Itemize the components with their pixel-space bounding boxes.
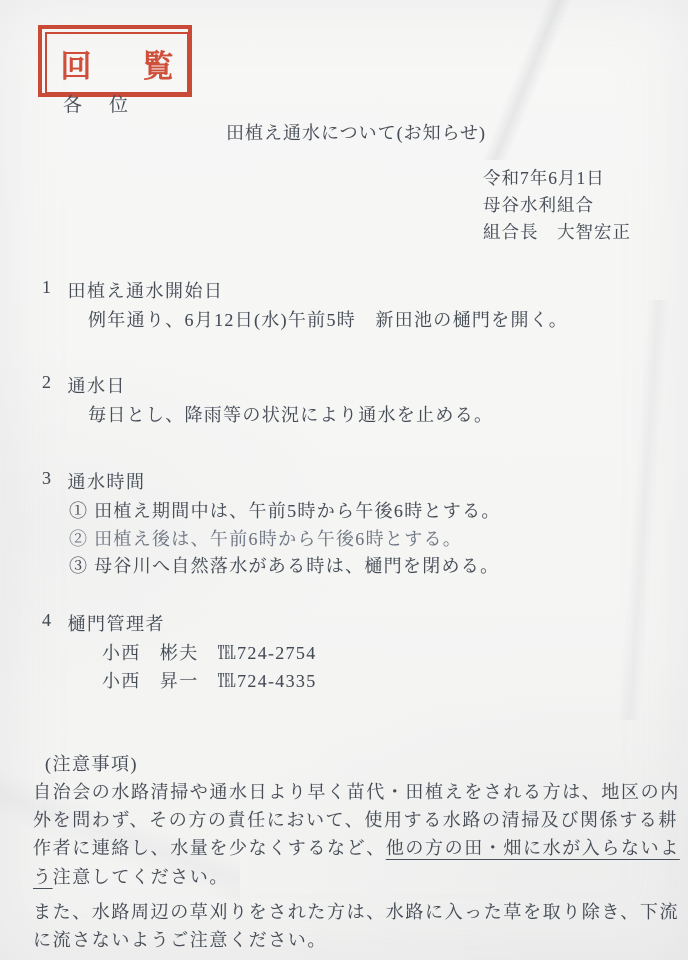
issue-date: 令和7年6月1日 bbox=[483, 165, 631, 192]
section-1-heading: 1 田植え通水開始日 bbox=[42, 277, 568, 303]
section-3-title: 通水時間 bbox=[68, 468, 146, 494]
section-4-title: 樋門管理者 bbox=[68, 610, 166, 636]
issuer-organization: 母谷水利組合 bbox=[483, 192, 631, 219]
recipient-line: 各 位 bbox=[63, 90, 132, 117]
section-2-line: 毎日とし、降雨等の状況により通水を止める。 bbox=[88, 402, 493, 430]
section-3-item-1: ① 田植え期間中は、午前5時から午後6時とする。 bbox=[69, 498, 501, 526]
section-water-hours: 3 通水時間 ① 田植え期間中は、午前5時から午後6時とする。 ② 田植え後は、… bbox=[42, 468, 501, 581]
section-gate-managers: 4 樋門管理者 小西 彬夫 ℡724-2754 小西 昇一 ℡724-4335 bbox=[42, 610, 317, 695]
section-4-number: 4 bbox=[42, 610, 53, 636]
section-3-item-2: ② 田植え後は、午前6時から午後6時とする。 bbox=[69, 526, 501, 554]
section-1-title: 田植え通水開始日 bbox=[68, 277, 224, 303]
scanned-notice-page: 回 覧 各 位 田植え通水について(お知らせ) 令和7年6月1日 母谷水利組合 … bbox=[0, 0, 688, 960]
section-2-heading: 2 通水日 bbox=[42, 372, 493, 398]
document-title: 田植え通水について(お知らせ) bbox=[0, 119, 688, 145]
notes-paragraph-1: 自治会の水路清掃や通水日より早く苗代・田植えをされる方は、地区の内外を問わず、そ… bbox=[33, 778, 685, 891]
gate-manager-contact-1: 小西 彬夫 ℡724-2754 bbox=[102, 640, 317, 668]
issuer-chief: 組合長 大智宏正 bbox=[483, 219, 631, 246]
kairan-circulation-stamp: 回 覧 bbox=[38, 25, 192, 97]
section-water-days: 2 通水日 毎日とし、降雨等の状況により通水を止める。 bbox=[42, 372, 493, 430]
notes-heading: (注意事項) bbox=[45, 750, 138, 776]
notes-paragraph-1-closing: 注意してください。 bbox=[53, 867, 229, 887]
section-1-number: 1 bbox=[42, 277, 53, 303]
gate-manager-contact-2: 小西 昇一 ℡724-4335 bbox=[102, 668, 317, 696]
section-start-date: 1 田植え通水開始日 例年通り、6月12日(水)午前5時 新田池の樋門を開く。 bbox=[42, 277, 568, 335]
paper-crease bbox=[600, 300, 688, 720]
section-4-heading: 4 樋門管理者 bbox=[42, 610, 317, 636]
notes-paragraph-2: また、水路周辺の草刈りをされた方は、水路に入った草を取り除き、下流に流さないよう… bbox=[33, 898, 685, 954]
section-2-title: 通水日 bbox=[68, 372, 127, 398]
section-3-heading: 3 通水時間 bbox=[42, 468, 501, 494]
section-3-item-3: ③ 母谷川へ自然落水がある時は、樋門を閉める。 bbox=[69, 553, 501, 581]
section-2-number: 2 bbox=[42, 372, 53, 398]
section-3-number: 3 bbox=[42, 468, 53, 494]
kairan-stamp-label: 回 覧 bbox=[45, 32, 189, 94]
issuer-block: 令和7年6月1日 母谷水利組合 組合長 大智宏正 bbox=[483, 165, 631, 246]
section-1-line: 例年通り、6月12日(水)午前5時 新田池の樋門を開く。 bbox=[88, 307, 568, 335]
